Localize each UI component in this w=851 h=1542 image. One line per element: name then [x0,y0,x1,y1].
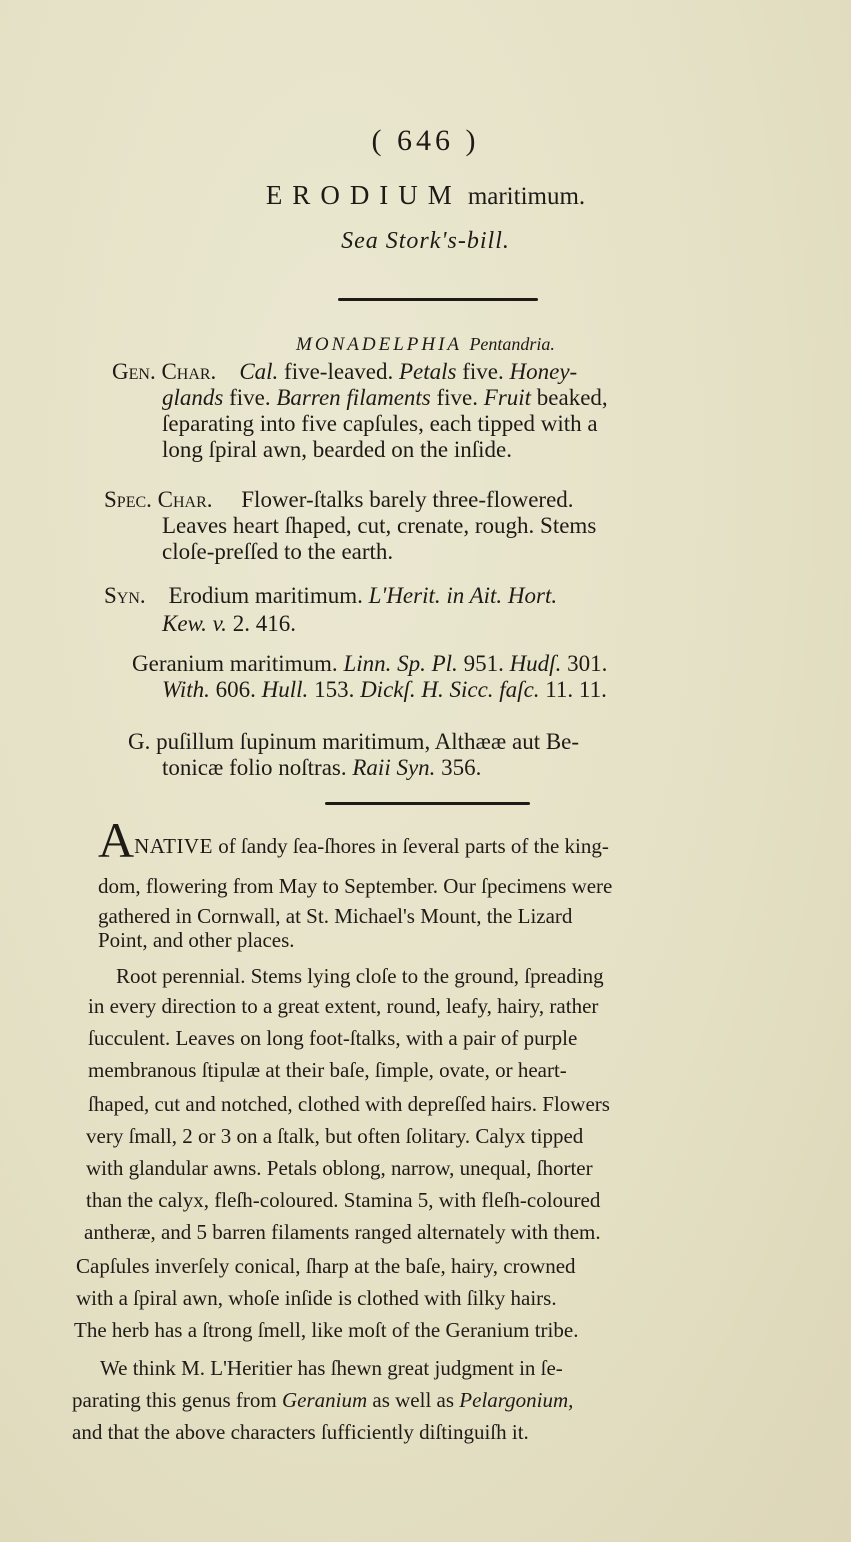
genus-name: ERODIUM [266,180,462,210]
spec-char-line-1: Spec. Char. Flower-ſtalks barely three-f… [104,486,574,514]
para2-line-6: very ſmall, 2 or 3 on a ſtalk, but often… [86,1122,583,1150]
gen-char-label: Gen. Char. [112,359,216,384]
para2-line-10: Capſules inverſely conical, ſharp at the… [76,1252,576,1280]
para1-line-1: ANATIVE of ſandy ſea-ſhores in ſeveral p… [98,820,609,860]
order-name: Pentandria. [469,334,555,354]
para1-line-2: dom, flowering from May to September. Ou… [98,872,612,900]
para2-line-3: ſucculent. Leaves on long foot-ſtalks, w… [88,1024,577,1052]
para2-line-11: with a ſpiral awn, whoſe inſide is cloth… [76,1284,557,1312]
para2-line-5: ſhaped, cut and notched, clothed with de… [88,1090,610,1118]
species-title: ERODIUMmaritimum. [0,180,851,211]
para3-line-2: parating this genus from Geranium as wel… [72,1386,573,1414]
gen-char-line-3: ſeparating into five capſules, each tipp… [162,410,598,438]
spec-char-label: Spec. Char. [104,487,213,512]
para2-line-7: with glandular awns. Petals oblong, narr… [86,1154,593,1182]
para3-line-3: and that the above characters ſufficient… [72,1418,529,1446]
para2-line-12: The herb has a ſtrong ſmell, like moſt o… [74,1316,578,1344]
syn-line-1: Syn. Erodium maritimum. L'Herit. in Ait.… [104,582,557,610]
para2-line-9: antheræ, and 5 barren filaments ranged a… [84,1218,601,1246]
gen-char-line-4: long ſpiral awn, bearded on the inſide. [162,436,512,464]
gen-char-line-2: glands five. Barren filaments five. Frui… [162,384,608,412]
gen-char-line-1: Gen. Char. Cal. five-leaved. Petals five… [112,358,577,386]
syn-label: Syn. [104,583,146,608]
syn-line-4: With. 606. Hull. 153. Dickſ. H. Sicc. fa… [162,676,607,704]
syn-line-5: G. puſillum ſupinum maritimum, Althææ au… [128,728,579,756]
para2-line-2: in every direction to a great extent, ro… [88,992,598,1020]
species-name: maritimum. [468,183,585,210]
divider-rule-top [338,298,538,301]
para3-line-1: We think M. L'Heritier has ſhewn great j… [100,1354,563,1382]
linnaean-class: MONADELPHIA Pentandria. [0,334,851,356]
class-name: MONADELPHIA [296,334,462,355]
book-page: ( 646 ) ERODIUMmaritimum. Sea Stork's-bi… [0,0,851,1542]
spec-char-line-3: cloſe-preſſed to the earth. [162,538,393,566]
common-name: Sea Stork's-bill. [0,228,851,255]
para2-line-1: Root perennial. Stems lying cloſe to the… [116,962,604,990]
drop-cap: A [98,812,134,868]
para1-line-4: Point, and other places. [98,926,295,954]
syn-line-6: tonicæ folio noſtras. Raii Syn. 356. [162,754,481,782]
para2-line-8: than the calyx, fleſh-coloured. Stamina … [86,1186,600,1214]
spec-char-line-2: Leaves heart ſhaped, cut, crenate, rough… [162,512,596,540]
para2-line-4: membranous ſtipulæ at their baſe, ſimple… [88,1056,567,1084]
page-number: ( 646 ) [0,124,851,158]
divider-rule-bottom [325,802,530,805]
syn-line-2: Kew. v. 2. 416. [162,610,296,638]
syn-line-3: Geranium maritimum. Linn. Sp. Pl. 951. H… [132,650,607,678]
